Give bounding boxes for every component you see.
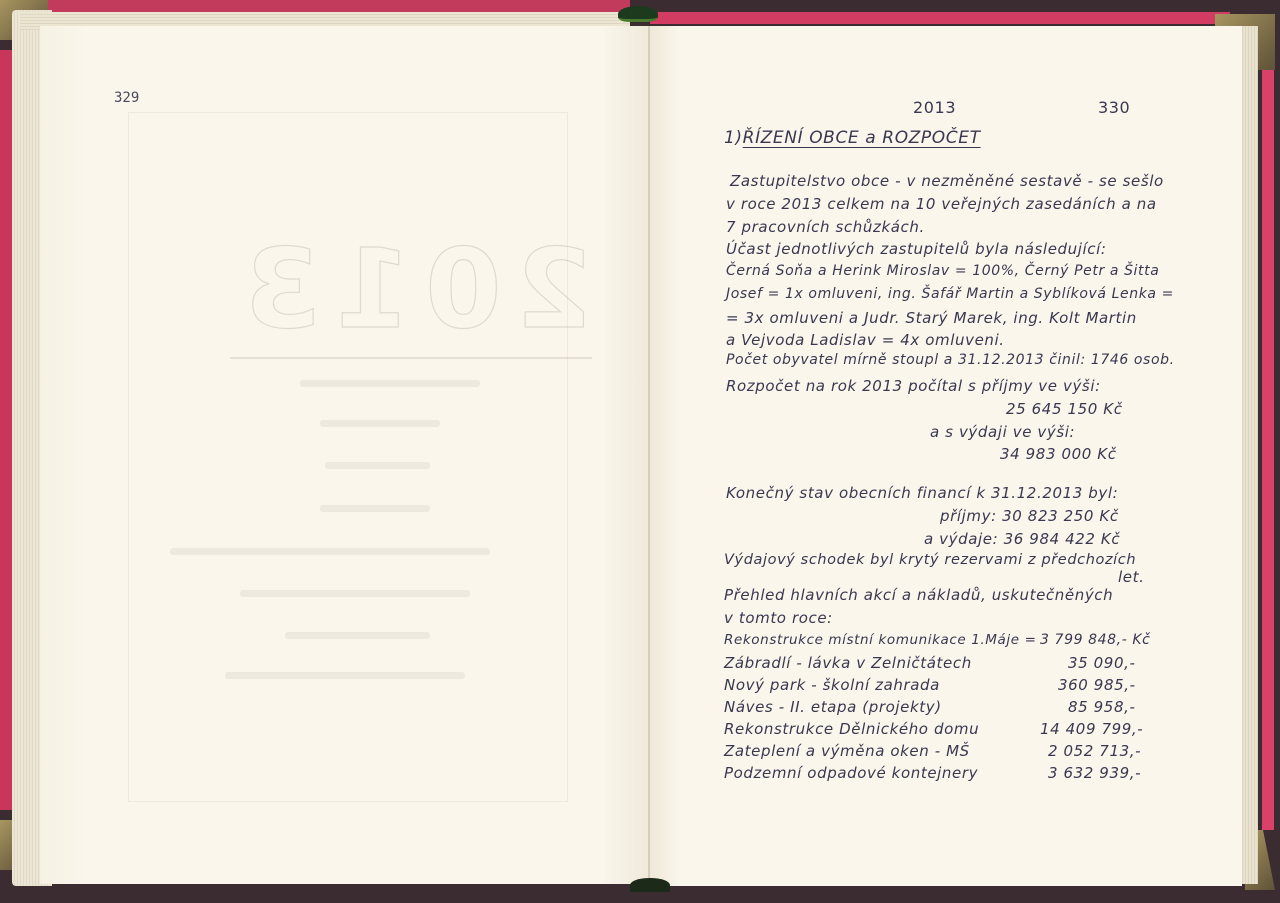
section-title: ŘÍZENÍ OBCE a ROZPOČET [743,128,981,148]
paragraph-line: Účast jednotlivých zastupitelů byla násl… [726,240,1107,258]
final-expense-value: 36 984 422 Kč [1004,530,1121,548]
final-income-label: příjmy: [940,507,997,525]
bleed-through-frame [128,112,568,802]
bleed-through-line [320,420,440,427]
project-amount: 2 052 713,- [1048,742,1141,760]
bleed-through-line [320,505,430,512]
bleed-through-line [225,672,465,679]
project-name: Nový park - školní zahrada [724,676,940,694]
paragraph-line: = 3x omluveni a Judr. Starý Marek, ing. … [726,309,1137,327]
bleed-through-line [285,632,430,639]
project-amount: 14 409 799,- [1040,720,1143,738]
project-amount: 360 985,- [1058,676,1136,694]
right-page-number: 330 [1098,98,1130,117]
final-state-intro: Konečný stav obecních financí k 31.12.20… [726,484,1118,502]
left-page-number: 329 [114,90,139,106]
project-amount: 3 632 939,- [1048,764,1141,782]
deficit-note-end: let. [1118,568,1144,586]
section-number: 1) [724,128,743,148]
paragraph-line: Počet obyvatel mírně stoupl a 31.12.2013… [726,352,1175,368]
project-name: Zábradlí - lávka v Zelničtátech [724,654,972,672]
paragraph-line: Černá Soňa a Herink Miroslav = 100%, Čer… [726,263,1159,279]
budget-intro: Rozpočet na rok 2013 počítal s příjmy ve… [726,377,1101,395]
project-name: Podzemní odpadové kontejnery [724,764,978,782]
paragraph-line: Zastupitelstvo obce - v nezměněné sestav… [730,172,1164,190]
paragraph-line: a Vejvoda Ladislav = 4x omluveni. [726,331,1005,349]
budget-income: 25 645 150 Kč [1006,400,1123,418]
project-name: Rekonstrukce Dělnického domu [724,720,979,738]
cover-cloth-top-right [650,12,1230,24]
paragraph-line: Josef = 1x omluveni, ing. Šafář Martin a… [726,286,1174,302]
bleed-through-line [325,462,430,469]
final-income-row: příjmy: 30 823 250 Kč [940,507,1119,525]
project-amount: 35 090,- [1068,654,1135,672]
section-heading: 1)ŘÍZENÍ OBCE a ROZPOČET [724,128,981,148]
projects-intro: Přehled hlavních akcí a nákladů, uskuteč… [724,586,1113,604]
bleed-through-line [240,590,470,597]
project-amount: 3 799 848,- Kč [1040,632,1150,648]
ribbon-bookmark-top [618,6,658,22]
paragraph-line: 7 pracovních schůzkách. [726,218,925,236]
final-expense-label: a výdaje: [924,530,998,548]
bleed-through-line [300,380,480,387]
project-name: Rekonstrukce místní komunikace 1.Máje = [724,632,1036,648]
page-year-header: 2013 [913,98,956,117]
project-name: Náves - II. etapa (projekty) [724,698,942,716]
deficit-note: Výdajový schodek byl krytý rezervami z p… [724,552,1136,568]
projects-intro-2: v tomto roce: [724,609,833,627]
project-amount: 85 958,- [1068,698,1135,716]
ribbon-bookmark-bottom [630,878,670,892]
bleed-through-line [170,548,490,555]
final-expense-row: a výdaje: 36 984 422 Kč [924,530,1120,548]
paragraph-line: v roce 2013 celkem na 10 veřejných zased… [726,195,1157,213]
bleed-through-year: 2013 [230,225,592,359]
project-name: Zateplení a výměna oken - MŠ [724,742,970,760]
budget-expense: 34 983 000 Kč [1000,445,1117,463]
budget-expense-intro: a s výdaji ve výši: [930,423,1075,441]
final-income-value: 30 823 250 Kč [1002,507,1119,525]
page-stack-right [1240,26,1258,884]
cover-cloth-right [1262,70,1274,830]
